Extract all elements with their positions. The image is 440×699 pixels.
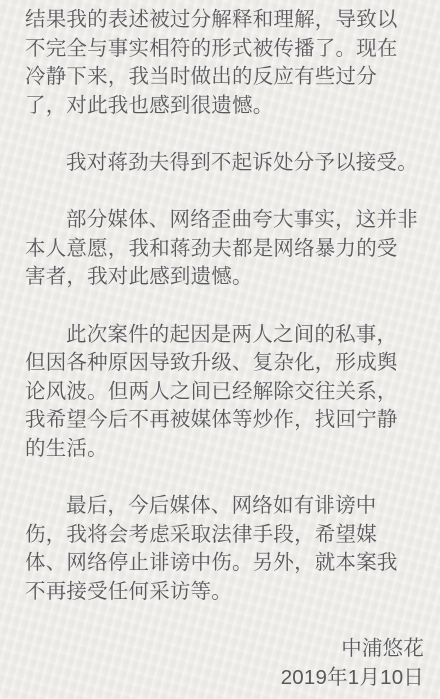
text-line: 的生活。 bbox=[25, 435, 410, 464]
text-line: 冷静下来，我当时做出的反应有些过分 bbox=[25, 63, 410, 92]
paragraph: 最后，今后媒体、网络如有诽谤中伤，我将会考虑采取法律手段，希望媒体、网络停止诽谤… bbox=[25, 492, 410, 606]
signature-name: 中浦悠花 bbox=[25, 635, 424, 664]
statement-page: 结果我的表述被过分解释和理解，导致以不完全与事实相符的形式被传播了。现在冷静下来… bbox=[0, 0, 440, 699]
paragraph: 我对蒋劲夫得到不起诉处分予以接受。 bbox=[25, 149, 410, 178]
paragraph: 此次案件的起因是两人之间的私事，但因各种原因导致升级、复杂化，形成舆论风波。但两… bbox=[25, 321, 410, 464]
text-line: 我希望今后不再被媒体等炒作，找回宁静 bbox=[25, 406, 410, 435]
text-line: 体、网络停止诽谤中伤。另外，就本案我 bbox=[25, 549, 410, 578]
text-line: 但因各种原因导致升级、复杂化，形成舆 bbox=[25, 349, 410, 378]
signature-date: 2019年1月10日 bbox=[25, 664, 424, 693]
signature-block: 中浦悠花 2019年1月10日 bbox=[0, 635, 440, 692]
paragraph: 部分媒体、网络歪曲夸大事实，这并非本人意愿，我和蒋劲夫都是网络暴力的受害者，我对… bbox=[25, 206, 410, 292]
text-line: 本人意愿，我和蒋劲夫都是网络暴力的受 bbox=[25, 235, 410, 264]
text-line: 最后，今后媒体、网络如有诽谤中 bbox=[25, 492, 410, 521]
text-line: 了，对此我也感到很遗憾。 bbox=[25, 92, 410, 121]
text-line: 我对蒋劲夫得到不起诉处分予以接受。 bbox=[25, 149, 410, 178]
statement-body: 结果我的表述被过分解释和理解，导致以不完全与事实相符的形式被传播了。现在冷静下来… bbox=[0, 0, 440, 606]
text-line: 部分媒体、网络歪曲夸大事实，这并非 bbox=[25, 206, 410, 235]
text-line: 此次案件的起因是两人之间的私事， bbox=[25, 321, 410, 350]
text-line: 结果我的表述被过分解释和理解，导致以 bbox=[25, 6, 410, 35]
paragraph: 结果我的表述被过分解释和理解，导致以不完全与事实相符的形式被传播了。现在冷静下来… bbox=[25, 6, 410, 120]
text-line: 害者，我对此感到遗憾。 bbox=[25, 263, 410, 292]
text-line: 不完全与事实相符的形式被传播了。现在 bbox=[25, 35, 410, 64]
text-line: 不再接受任何采访等。 bbox=[25, 578, 410, 607]
text-line: 伤，我将会考虑采取法律手段，希望媒 bbox=[25, 521, 410, 550]
text-line: 论风波。但两人之间已经解除交往关系， bbox=[25, 378, 410, 407]
